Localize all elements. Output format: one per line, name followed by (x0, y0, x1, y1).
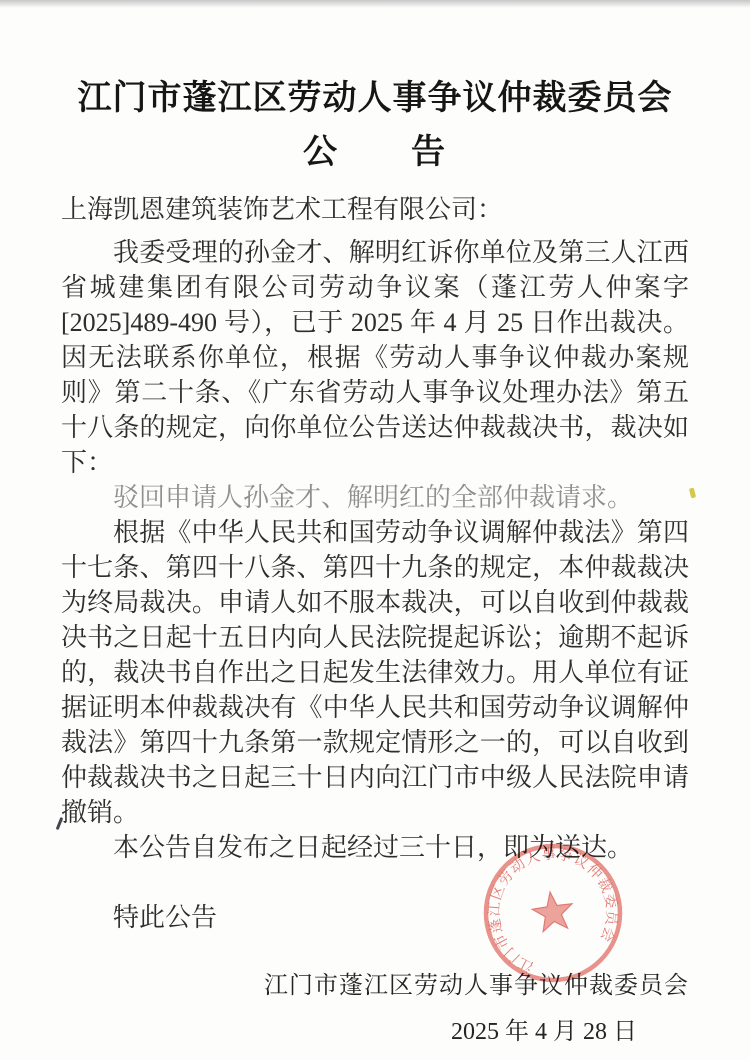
signature-block: 江门市蓬江区劳动人事争议仲裁委员会 2025 年 4 月 28 日 (61, 965, 689, 1046)
paragraph-case-intro: 我委受理的孙金才、解明红诉你单位及第三人江西省城建集团有限公司劳动争议案（蓬江劳… (61, 235, 689, 480)
paragraph-legal-basis: 根据《中华人民共和国劳动争议调解仲裁法》第四十七条、第四十八条、第四十九条的规定… (61, 515, 689, 830)
scan-edge-shadow (0, 0, 750, 8)
paragraph-service-period: 本公告自发布之日起经过三十日，即为送达。 (61, 830, 689, 865)
document-body: 上海凯恩建筑装饰艺术工程有限公司： 我委受理的孙金才、解明红诉你单位及第三人江西… (61, 192, 689, 1046)
issuer-name: 江门市蓬江区劳动人事争议仲裁委员会 (61, 965, 689, 1000)
scanned-notice-page: 江门市蓬江区劳动人事争议仲裁委员会 公 告 上海凯恩建筑装饰艺术工程有限公司： … (0, 0, 750, 1060)
paper-speck (689, 488, 696, 499)
paragraph-ruling: 驳回申请人孙金才、解明红的全部仲裁请求。 (61, 480, 689, 515)
document-title: 江门市蓬江区劳动人事争议仲裁委员会 (0, 70, 750, 119)
closing-line: 特此公告 (61, 900, 689, 935)
addressee-line: 上海凯恩建筑装饰艺术工程有限公司： (61, 192, 689, 227)
issue-date: 2025 年 4 月 28 日 (61, 1011, 689, 1046)
document-subtitle: 公 告 (0, 124, 750, 173)
